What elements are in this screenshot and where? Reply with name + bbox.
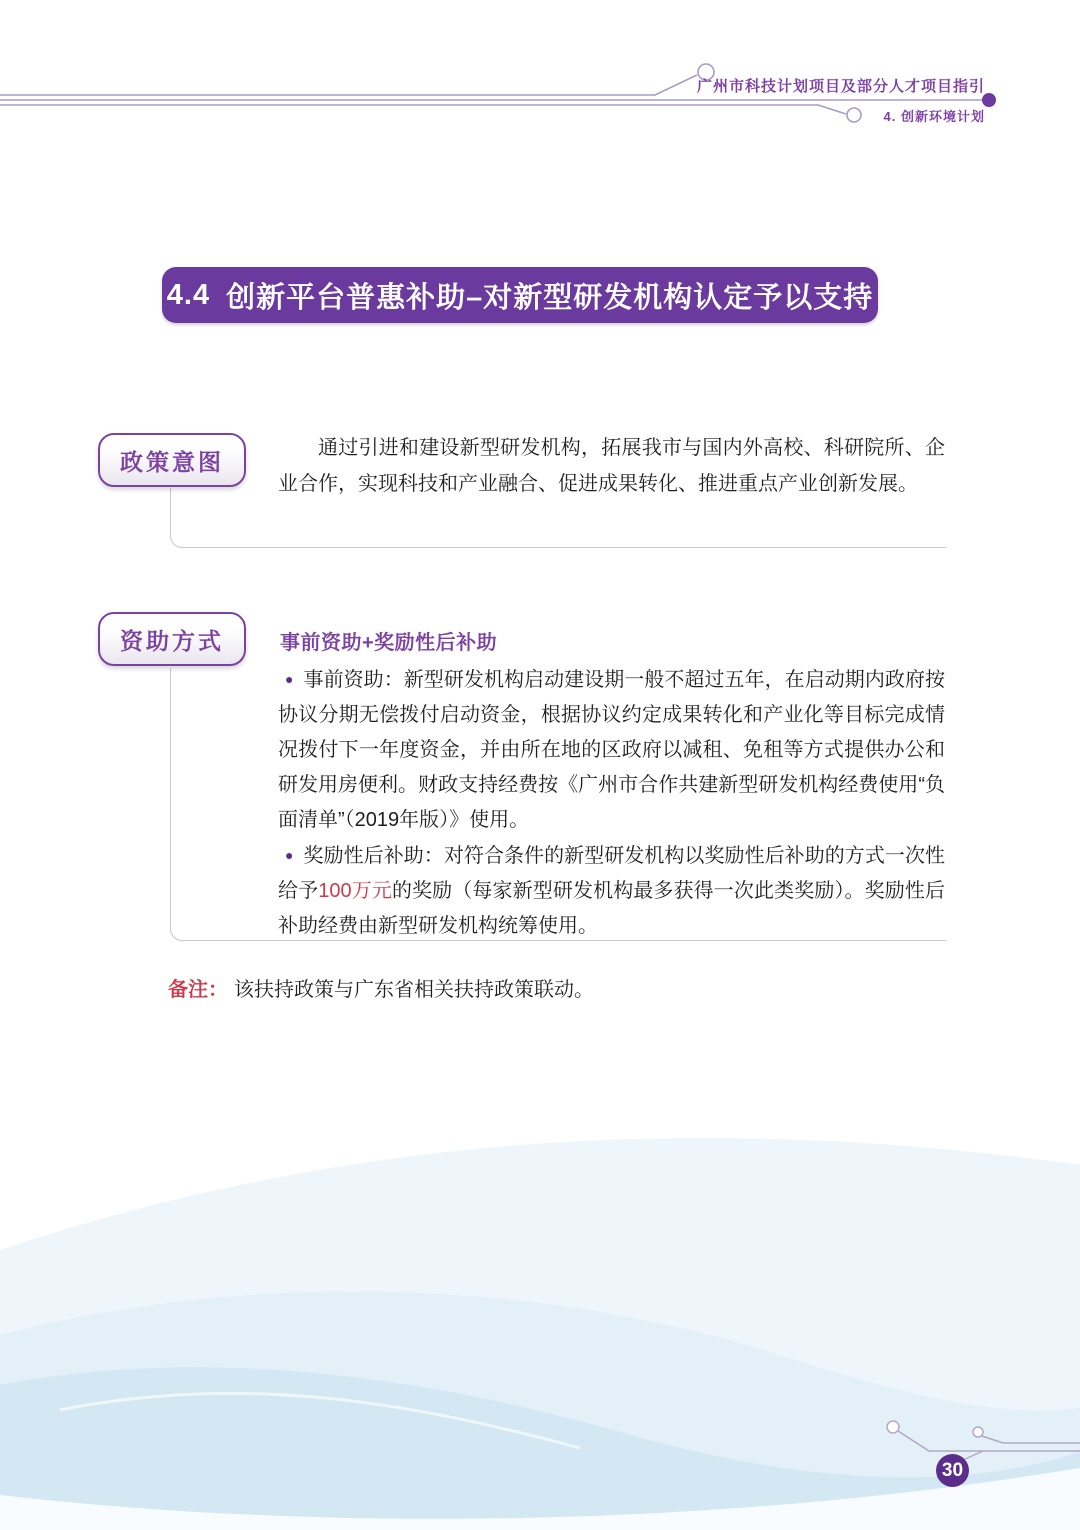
header-line-top <box>0 75 697 95</box>
footer-node-circle-icon <box>973 1427 983 1437</box>
reward-amount: 100万元 <box>318 880 392 902</box>
header-line-bottom <box>0 105 846 114</box>
bullet-item-reward-subsidy: ●奖励性后补助：对符合条件的新型研发机构以奖励性后补助的方式一次性给予100万元… <box>278 838 945 944</box>
footer-node-circle-icon <box>887 1421 899 1433</box>
funding-method-label: 资助方式 <box>98 612 246 666</box>
note-line: 备注：该扶持政策与广东省相关扶持政策联动。 <box>168 973 594 1002</box>
document-title: 广州市科技计划项目及部分人才项目指引 <box>697 75 985 96</box>
footer-line-1 <box>898 1431 1080 1451</box>
note-label: 备注： <box>168 979 228 1001</box>
page-number-badge: 30 <box>936 1454 969 1487</box>
bullet-icon: ● <box>285 847 294 863</box>
section-title: 创新平台普惠补助–对新型研发机构认定予以支持 <box>226 275 873 316</box>
funding-subtitle: 事前资助+奖励性后补助 <box>280 626 497 655</box>
header-node-circle-icon <box>847 108 861 122</box>
chapter-label: 4. 创新环境计划 <box>884 106 985 125</box>
bullet-item-advance-funding: ●事前资助：新型研发机构启动建设期一般不超过五年，在启动期内政府按协议分期无偿拨… <box>278 662 945 838</box>
policy-intent-paragraph: 通过引进和建设新型研发机构，拓展我市与国内外高校、科研院所、企业合作，实现科技和… <box>278 430 945 502</box>
bullet-icon: ● <box>285 671 294 687</box>
section-number: 4.4 <box>167 279 210 312</box>
section-title-banner: 4.4 创新平台普惠补助–对新型研发机构认定予以支持 <box>162 267 878 323</box>
footer-circuit-decoration <box>0 1400 1080 1530</box>
note-text: 该扶持政策与广东省相关扶持政策联动。 <box>234 979 594 1001</box>
funding-bullet-list: ●事前资助：新型研发机构启动建设期一般不超过五年，在启动期内政府按协议分期无偿拨… <box>278 662 945 944</box>
bullet-text: 事前资助：新型研发机构启动建设期一般不超过五年，在启动期内政府按协议分期无偿拨付… <box>278 669 945 831</box>
policy-intent-label: 政策意图 <box>98 433 246 487</box>
footer-line-2 <box>982 1436 1080 1443</box>
footer-line-3 <box>963 1451 983 1460</box>
